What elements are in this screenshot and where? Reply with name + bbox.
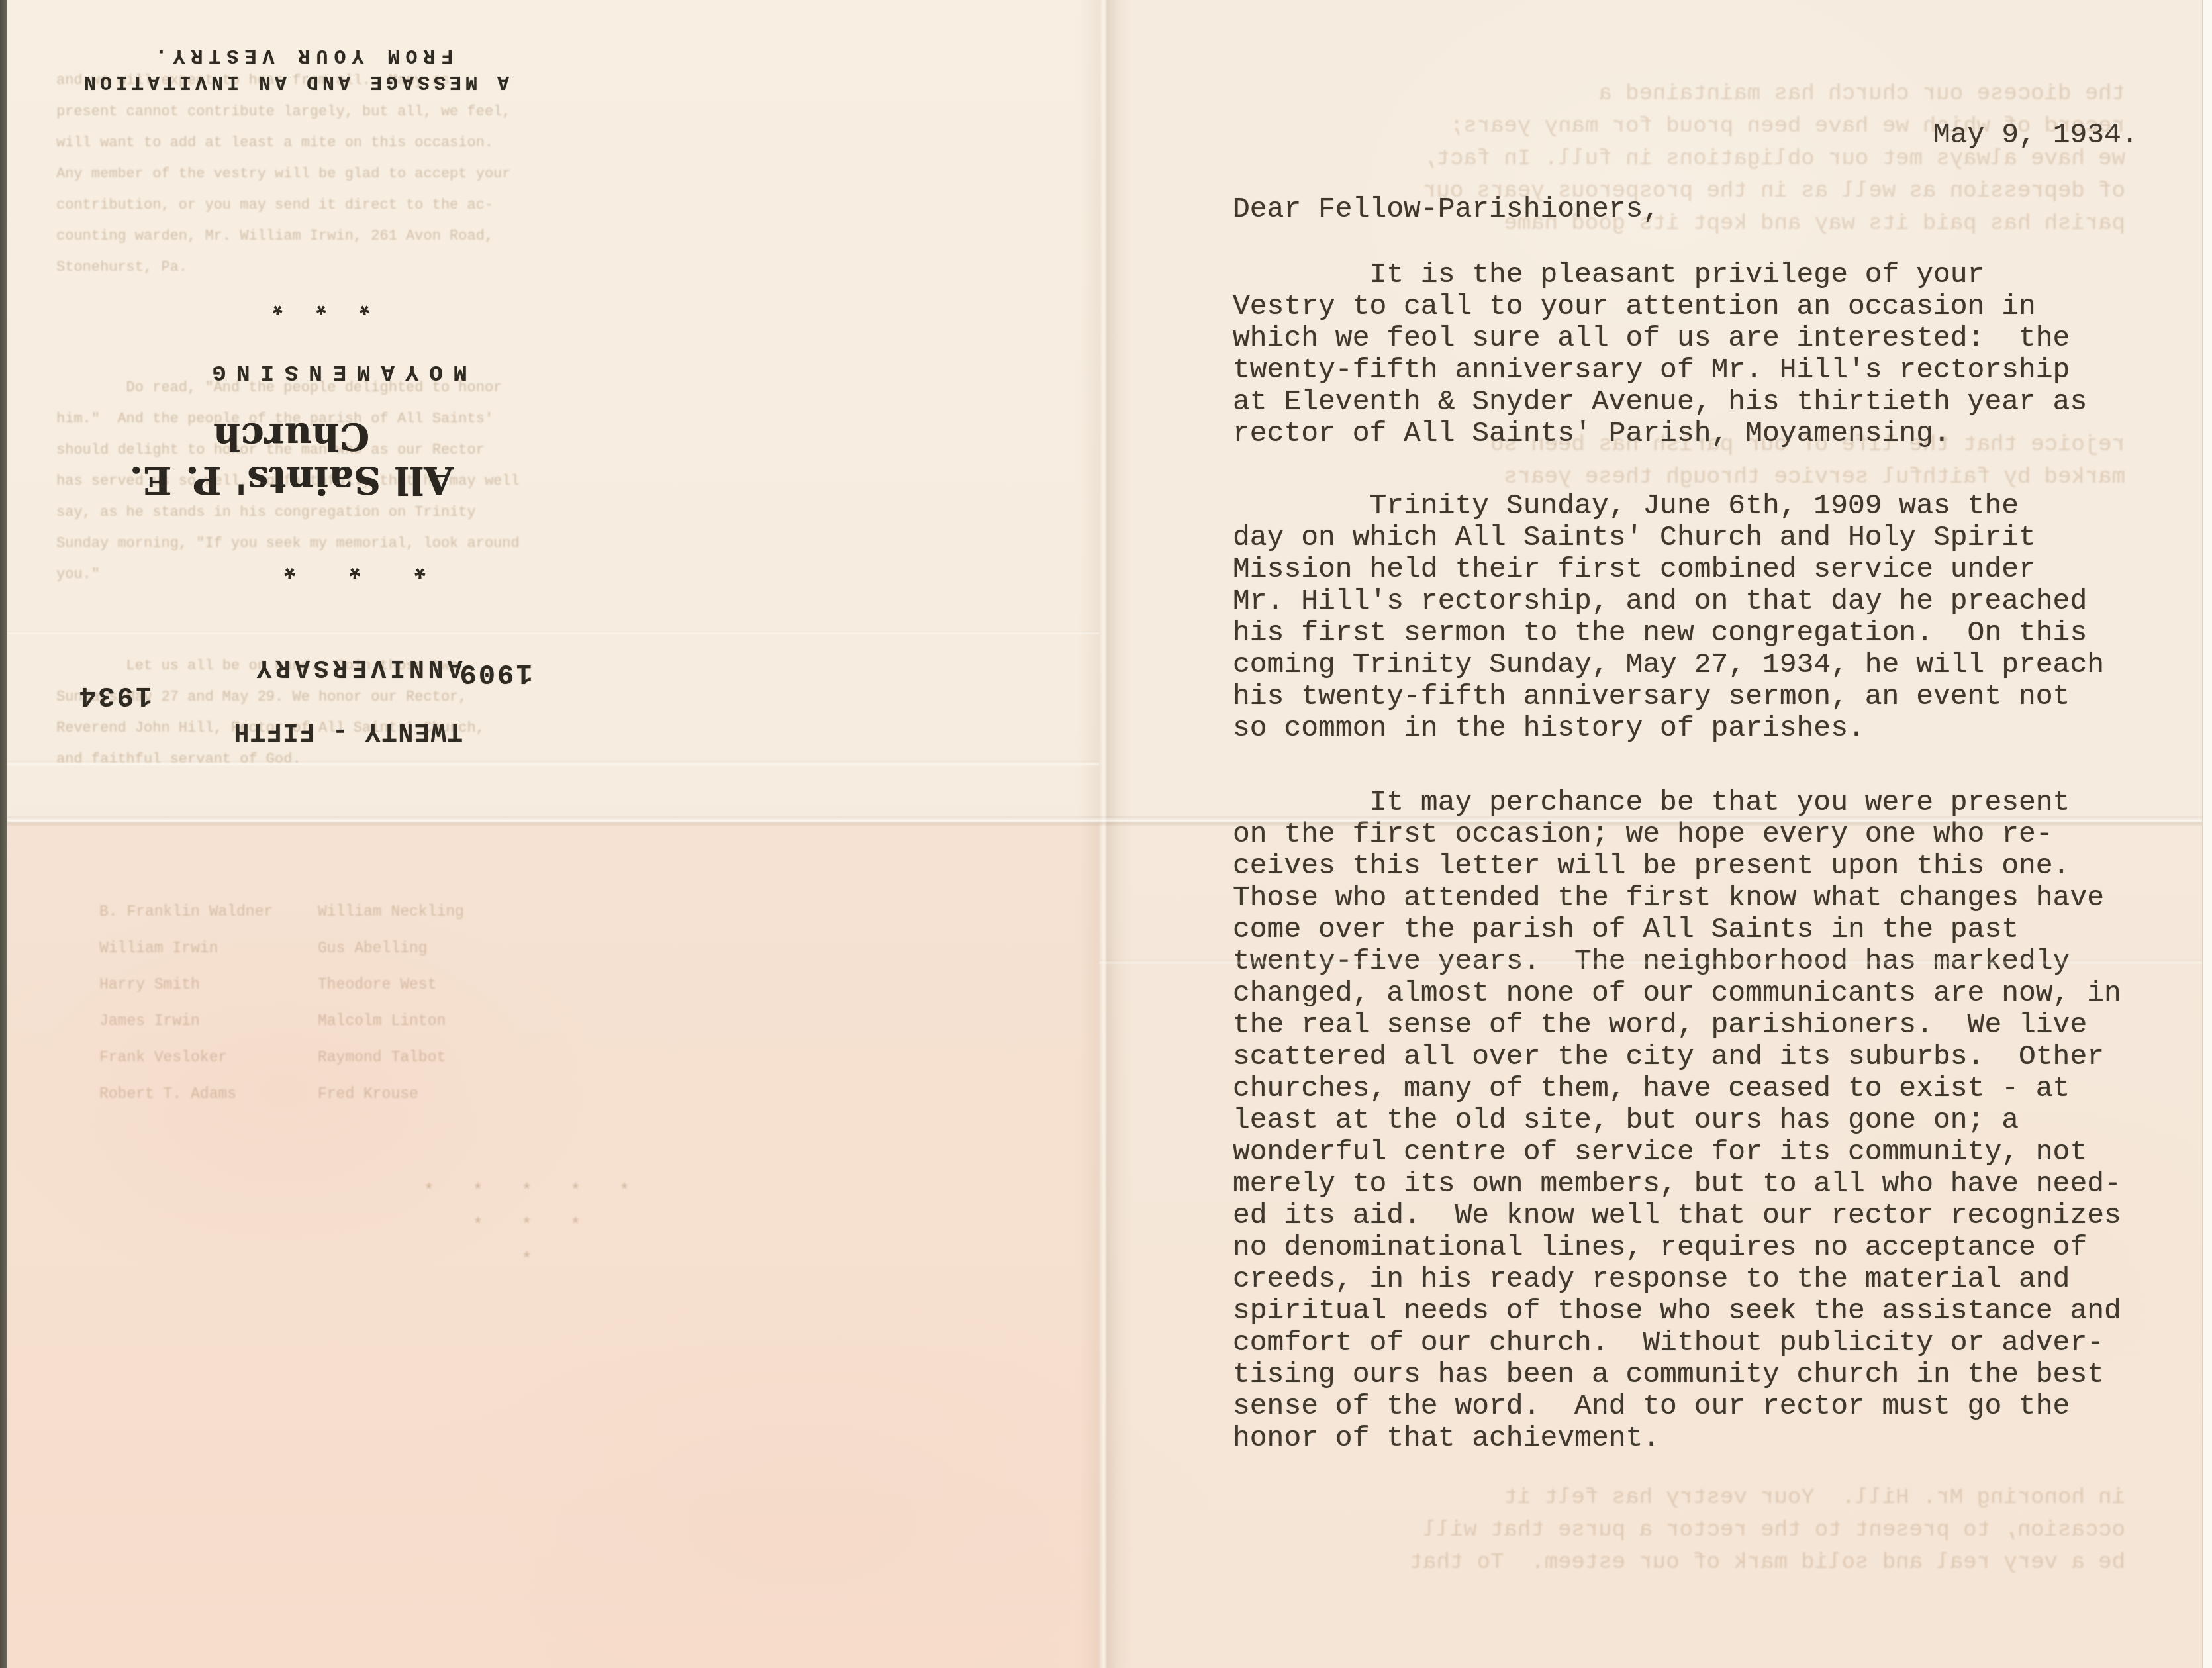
cover-location-moyamensing: MOYAMENSING [189,359,480,384]
bleed-through-letter-bottom-lines: in honoring Mr. Hill. Your vestry has fe… [1245,1482,2125,1579]
letter-paragraph-2: Trinity Sunday, June 6th, 1909 was the d… [1233,490,2104,744]
cover-banner-line2: FROM YOUR VESTRY. [136,44,467,66]
scanner-edge-left-strip [0,0,7,1668]
cover-asterisk-separator: * * * [258,289,377,317]
horizontal-crease-left-faint [7,631,1099,635]
vertical-fold-crease [1078,0,1133,1668]
cover-banner-line1: A MESSAGE AND AN INVITATION [79,70,510,93]
letter-paragraph-3: It may perchance be that you were presen… [1233,787,2121,1454]
cover-anniversary-word: ANNIVERSARY [244,653,471,681]
cover-floral-asterisk-separator: * * * [238,550,470,581]
cover-year-1934: 1934 [70,679,160,711]
cover-year-1909: 1909 [456,657,535,689]
bleed-through-asterisk-pyramid: * * * * * * * * * [410,1173,649,1277]
letter-paragraph-1: It is the pleasant privilege of your Ves… [1233,259,2087,450]
scanner-edge-right-strip [2202,0,2212,1668]
bleed-through-vestry-names-left-column: B. Franklin Waldner William Irwin Harry … [99,894,311,1112]
cover-anniversary-ordinal: TWENTY - FIFTH [218,716,477,745]
bleed-through-vestry-names-right-column: William Neckling Gus Abelling Theodore W… [318,894,530,1112]
letter-date: May 9, 1934. [1933,119,2139,151]
cover-church-name: All Saints' P. E. Church [53,415,530,502]
bleed-through-invitation-paragraph: and we will expect to hear from all. Man… [56,65,513,283]
scanned-letter-page: { "left_page": { "banner_line1": "A MESS… [0,0,2212,1668]
letter-salutation: Dear Fellow-Parishioners, [1233,193,1660,225]
